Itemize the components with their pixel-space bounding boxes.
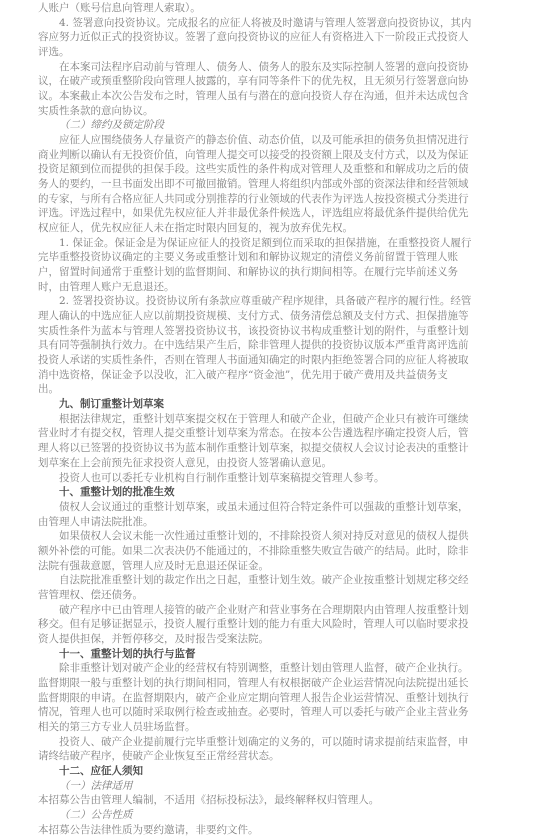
- sub-heading: （一）法律适用: [38, 779, 501, 794]
- text-line: 资人提供担保，并暂停移交，及时报告受案法院。: [38, 632, 501, 647]
- text-line: 破产程序中已由管理人接管的破产企业财产和营业事务在合理期限内由管理人按重整计划: [38, 603, 501, 618]
- text-line: 移交。但有足够证据显示，投资人履行重整计划的能力有重大风险时，管理人可以临时要求…: [38, 617, 501, 632]
- text-line: 营业时才有提交权，管理人提交重整计划草案为常态。在按本公告遴选程序确定投资人后，…: [38, 426, 501, 441]
- text-line: 消中选资格，保证金予以没收，汇入破产程序“资金池”，优先用于破产费用及共益债务支: [38, 368, 501, 383]
- text-line: 出。: [38, 382, 501, 397]
- text-line: 额外补偿的可能。如果二次表决仍不能通过的，不排除重整失败宣告破产的结局。此时，除…: [38, 544, 501, 559]
- text-line: 实质性条件为蓝本与管理人签署投资协议书，该投资协议书构成重整计划的附件，与重整计…: [38, 324, 501, 339]
- text-line: 在本案司法程序启动前与管理人、债务人、债务人的股东及实际控制人签署的意向投资协: [38, 60, 501, 75]
- text-line: 监督期限的申请。在监督期限内，破产企业应定期向管理人报告企业运营情况、重整计划执…: [38, 691, 501, 706]
- text-line: 商业判断以确认有无投资价值，向管理人提交可以接受的投资额上限及支付方式，以及为保…: [38, 148, 501, 163]
- sub-heading: （二）公告性质: [38, 808, 501, 823]
- text-line: 营管理权、偿还债务。: [38, 588, 501, 603]
- text-line: 由管理人申请法院批准。: [38, 515, 501, 530]
- text-line: 户，留置时间通常于重整计划的监督期间、和解协议的执行期间相等。在履行完毕前述义务: [38, 265, 501, 280]
- section-heading: 十二、应征人须知: [38, 764, 501, 779]
- text-line: 自法院批准重整计划的裁定作出之日起，重整计划生效。破产企业按重整计划规定移交经: [38, 573, 501, 588]
- section-heading: 十一、重整计划的执行与监督: [38, 647, 501, 662]
- text-line: 除非重整计划对破产企业的经营权有特别调整，重整计划由管理人监督，破产企业执行。: [38, 661, 501, 676]
- text-line: 情况，管理人也可以随时采取例行检查或抽查。必要时，管理人可以委托与破产企业主营业…: [38, 705, 501, 720]
- text-line: 投资人也可以委托专业机构自行制作重整计划草案稿提交管理人参考。: [38, 471, 501, 486]
- text-line: 时，由管理人账户无息退还。: [38, 280, 501, 295]
- document-page: 人账户（账号信息向管理人索取）。4. 签署意向投资协议。完成报名的应征人将被及时…: [0, 0, 535, 837]
- text-line: 的专家，与所有合格应征人共同或分别推荐的行业领域的代表作为评选人按投资模式分类进…: [38, 192, 501, 207]
- text-line: 2. 签署投资协议。投资协议所有条款应尊重破产程序规律，具备破产程序的履行性。经…: [38, 294, 501, 309]
- text-line: 本招募公告由管理人编制，不适用《招标投标法》，最终解释权归管理人。: [38, 793, 501, 808]
- text-line: 议。本案截止本次公告发布之时，管理人虽有与潜在的意向投资人存在沟通，但并未达成包…: [38, 89, 501, 104]
- text-line: 请终结破产程序，使破产企业恢复至正常经营状态。: [38, 749, 501, 764]
- text-line: 4. 签署意向投资协议。完成报名的应征人将被及时邀请与管理人签署意向投资协议，其…: [38, 16, 501, 31]
- text-line: 具有同等强制执行效力。在中选结果产生后，除非管理人提供的投资协议版本严重背离评选…: [38, 338, 501, 353]
- text-line: 投资人、破产企业提前履行完毕重整计划确定的义务的，可以随时请求提前结束监督，申: [38, 735, 501, 750]
- text-line: 投资足额到位而提供的担保手段。这些实质性的条件构成对管理人及重整和和解成功之后的…: [38, 162, 501, 177]
- section-heading: 九、制订重整计划草案: [38, 397, 501, 412]
- text-line: 相关的第三方专业人员驻场监督。: [38, 720, 501, 735]
- text-line: 权应征人，优先权应征人未在指定时限内回复的，视为放弃优先权。: [38, 221, 501, 236]
- text-line: 完毕重整投资协议确定的主要义务或重整计划和和解协议规定的清偿义务前留置于管理人账: [38, 250, 501, 265]
- text-line: 本招募公告法律性质为要约邀请，非要约文件。: [38, 823, 501, 837]
- section-heading: 十、重整计划的批准生效: [38, 485, 501, 500]
- document-body: 人账户（账号信息向管理人索取）。4. 签署意向投资协议。完成报名的应征人将被及时…: [38, 1, 501, 837]
- text-line: 划草案在上会前预先征求投资人意见，由投资人签署确认意见。: [38, 456, 501, 471]
- text-line: 议，在破产或预重整阶段向管理人披露的，享有同等条件下的优先权，且无须另行签署意向…: [38, 74, 501, 89]
- sub-heading: （二）缔约及锁定阶段: [38, 118, 501, 133]
- text-line: 法院有强裁意愿，管理人应及时无息退还保证金。: [38, 559, 501, 574]
- text-line: 容应努力近似正式的投资协议。签署了意向投资协议的应征人有资格进入下一阶段正式投资…: [38, 30, 501, 45]
- text-line: 债权人会议通过的重整计划草案，或虽未通过但符合特定条件可以强裁的重整计划草案，: [38, 500, 501, 515]
- text-line: 评选。评选过程中，如果优先权应征人并非最优条件候选人，评选组应将最优条件提供给优…: [38, 206, 501, 221]
- text-line: 1. 保证金。保证金是为保证应征人的投资足额到位而采取的担保措施，在重整投资人履…: [38, 236, 501, 251]
- text-line: 务人的要约，一旦书面发出即不可撤回撤销。管理人将组织内部或外部的资深法律和经营领…: [38, 177, 501, 192]
- text-line: 理人将以已签署的投资协议书为蓝本制作重整计划草案，拟提交债权人会议讨论表决的重整…: [38, 441, 501, 456]
- text-line: 监督期限一般与重整计划的执行期间相同，管理人有权根据破产企业运营情况向法院提出延…: [38, 676, 501, 691]
- text-line: 实质性条款的意向协议。: [38, 104, 501, 119]
- text-line: 人账户（账号信息向管理人索取）。: [38, 1, 501, 16]
- text-line: 理人确认的中选应征人应以前期投资规模、支付方式、债务清偿总额及支付方式、担保措施…: [38, 309, 501, 324]
- text-line: 投资人承诺的实质性条件，否则在管理人书面通知确定的时限内拒绝签署合同的应征人将被…: [38, 353, 501, 368]
- text-line: 应征人应围绕债务人存量资产的静态价值、动态价值，以及可能承担的债务负担情况进行: [38, 133, 501, 148]
- text-line: 如果债权人会议未能一次性通过重整计划的，不排除投资人须对持反对意见的债权人提供: [38, 529, 501, 544]
- text-line: 根据法律规定，重整计划草案提交权在于管理人和破产企业，但破产企业只有被许可继续: [38, 412, 501, 427]
- text-line: 评选。: [38, 45, 501, 60]
